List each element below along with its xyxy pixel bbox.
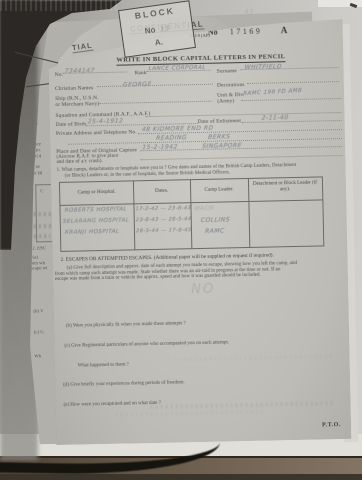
rule — [241, 98, 341, 101]
photographed-archive-document: qu Dat Priv Place (Airc and d 1. W (or B… — [0, 0, 362, 480]
field-dob-label: Date of Birth — [56, 121, 86, 128]
pencil-squiggle — [34, 212, 52, 216]
pencil-squiggle — [175, 354, 335, 361]
field-capture-label3: and date of a/c crash). — [56, 159, 102, 165]
field-unit-value: RAMC 198 FD AMB — [243, 88, 302, 97]
pto-label: P.T.O. — [322, 422, 341, 428]
table-row-dates: 23-8-43 — 28-5-44 — [135, 216, 191, 223]
table-header-camp: Camp or Hospital. — [60, 188, 133, 196]
table-row-leader: WACM — [194, 206, 214, 212]
underlying-page-fragment: (or Bl — [31, 171, 53, 176]
fabric-ribs — [0, 0, 120, 11]
block-stamp-no-value: 13 — [159, 24, 170, 33]
table-row-camp: SELARANG HOSPITAL — [63, 217, 130, 224]
field-surname-label: Surname — [217, 68, 237, 74]
field-rank-label: Rank — [135, 70, 147, 76]
table-row-dates: 28-5-44 — 17-8-45 — [136, 227, 192, 234]
question-2b: (b) Were you physically fit when you mad… — [66, 321, 186, 329]
serial-number: 17169 — [230, 27, 263, 37]
question-2c: (c) Give Regimental particulars of anyon… — [64, 340, 229, 348]
rule — [242, 120, 342, 123]
rule — [99, 101, 211, 104]
table-header-leader: Camp Leader. — [190, 186, 248, 193]
table-row-camp: ROBERTS HOSPITAL — [64, 207, 127, 214]
question-2c-followup: What happened to them ? — [78, 363, 129, 369]
table-header-dates: Dates. — [133, 187, 190, 194]
block-stamp-no-label: No — [144, 25, 156, 35]
rule — [140, 155, 342, 160]
question-2d: (d) Give briefly your experiences during… — [63, 380, 185, 388]
pencil-answer-squiggle — [116, 410, 266, 417]
rule — [146, 112, 342, 117]
block-number-stamp: BLOCK No 13 A. — [118, 0, 196, 58]
rule — [63, 71, 127, 73]
pencil-squiggle — [34, 234, 50, 238]
underlying-page-fragment: Wh — [34, 354, 56, 359]
table-row-leader: COLLINS — [200, 216, 230, 224]
underlying-page-fragment: (a) — [32, 255, 54, 260]
pencil-squiggle — [34, 224, 52, 228]
field-unit-label2: (Army) — [217, 98, 234, 104]
desk-edge-shadow — [0, 474, 362, 480]
field-ship-label2: or Merchant Navy) — [55, 101, 99, 108]
serial-suffix: A — [281, 25, 288, 35]
underlying-page-fragment: (c) G — [34, 330, 56, 335]
underlying-page-fragment: 2. ESC — [32, 246, 54, 251]
answer-no: NO — [191, 282, 215, 297]
table-row-leader: RAMC — [205, 227, 225, 234]
field-address-label: Private Address and Telephone No. — [56, 129, 137, 137]
pencil-answer-squiggle — [151, 401, 336, 409]
rule — [247, 81, 339, 84]
rule — [147, 70, 211, 72]
question-2e: (e) How were you recaptured and on what … — [64, 401, 161, 408]
table-row-dates: 17-2-42 — 23-8-43 — [135, 205, 191, 212]
field-decorations-label: Decorations — [217, 82, 245, 89]
field-christian-label: Christian Names — [55, 85, 93, 92]
camps-table: Camp or Hospital. Dates. Camp Leader. De… — [59, 176, 324, 252]
table-row-camp: KRANJI HOSPITAL — [65, 229, 120, 236]
underlying-page-fragment: escape wi — [29, 266, 55, 271]
underlying-page-fragment: (b) V — [33, 309, 55, 314]
rule — [97, 84, 213, 87]
table-header-block: Detachment or Block Leader (if any). — [250, 180, 320, 193]
confidential-stamp-partial: TIAL — [71, 41, 93, 54]
pow-questionnaire-page: M.I.9 (AP) No 17169 A WRITE IN BLOCK CAP… — [48, 19, 352, 445]
